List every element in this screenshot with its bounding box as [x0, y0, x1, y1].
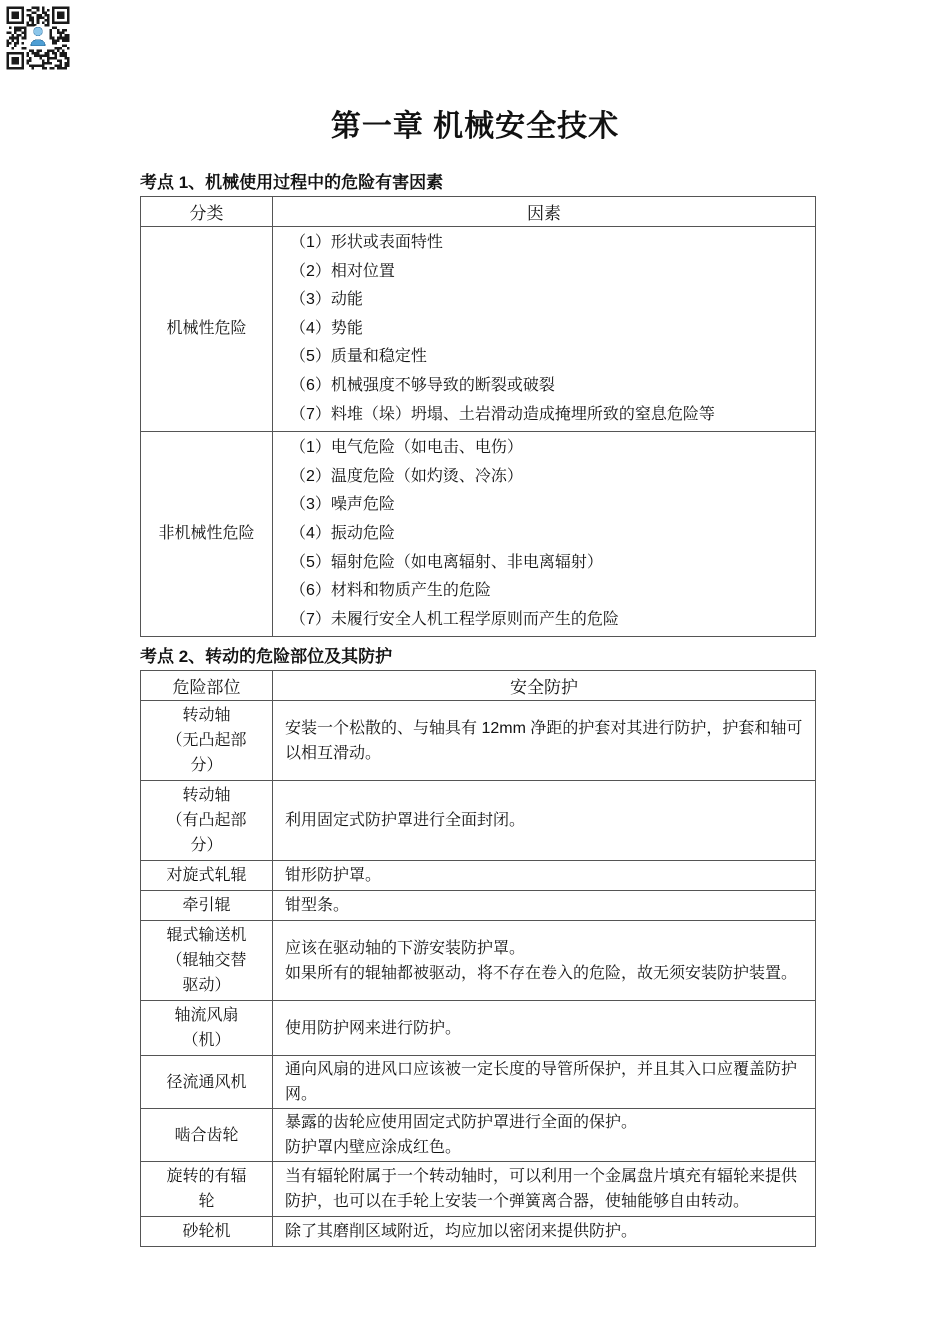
- hazard-factors-table: 分类 因素 机械性危险（1）形状或表面特性（2）相对位置（3）动能（4）势能（5…: [140, 196, 816, 637]
- table-row: 轴流风扇 （机）使用防护网来进行防护。: [141, 1001, 816, 1056]
- document-content: 考点 1、机械使用过程中的危险有害因素 分类 因素 机械性危险（1）形状或表面特…: [140, 172, 816, 1247]
- factor-item: （7）料堆（垛）坍塌、土岩滑动造成掩埋所致的窒息危险等: [290, 401, 807, 430]
- section2-heading: 考点 2、转动的危险部位及其防护: [140, 646, 816, 667]
- factor-item: （6）机械强度不够导致的断裂或破裂: [290, 372, 807, 401]
- part-cell: 转动轴 （有凸起部 分）: [141, 781, 273, 861]
- factor-item: （2）相对位置: [290, 258, 807, 287]
- part-cell: 牵引辊: [141, 891, 273, 921]
- protection-text: 钳形防护罩。: [285, 863, 805, 888]
- protection-text: 当有辐轮附属于一个转动轴时，可以利用一个金属盘片填充有辐轮来提供防护，也可以在手…: [285, 1164, 805, 1214]
- protection-cell: 除了其磨削区域附近，均应加以密闭来提供防护。: [273, 1217, 816, 1247]
- table-row: 机械性危险（1）形状或表面特性（2）相对位置（3）动能（4）势能（5）质量和稳定…: [141, 227, 816, 432]
- protection-text: 通向风扇的进风口应该被一定长度的导管所保护，并且其入口应覆盖防护网。: [285, 1057, 805, 1107]
- protection-cell: 钳形防护罩。: [273, 861, 816, 891]
- protection-text: 钳型条。: [285, 893, 805, 918]
- protection-text: 利用固定式防护罩进行全面封闭。: [285, 808, 805, 833]
- rotating-parts-table: 危险部位 安全防护 转动轴 （无凸起部 分）安装一个松散的、与轴具有 12mm …: [140, 670, 816, 1247]
- factors-cell: （1）电气危险（如电击、电伤）（2）温度危险（如灼烫、冷冻）（3）噪声危险（4）…: [273, 432, 816, 637]
- protection-text: 安装一个松散的、与轴具有 12mm 净距的护套对其进行防护，护套和轴可以相互滑动…: [285, 716, 805, 766]
- table-row: 转动轴 （无凸起部 分）安装一个松散的、与轴具有 12mm 净距的护套对其进行防…: [141, 701, 816, 781]
- protection-cell: 利用固定式防护罩进行全面封闭。: [273, 781, 816, 861]
- table-row: 牵引辊钳型条。: [141, 891, 816, 921]
- part-cell: 砂轮机: [141, 1217, 273, 1247]
- part-cell: 辊式输送机 （辊轴交替 驱动）: [141, 921, 273, 1001]
- factor-item: （3）噪声危险: [290, 491, 807, 520]
- protection-text: 如果所有的辊轴都被驱动，将不存在卷入的危险，故无须安装防护装置。: [285, 961, 805, 986]
- factor-item: （1）形状或表面特性: [290, 229, 807, 258]
- part-cell: 轴流风扇 （机）: [141, 1001, 273, 1056]
- factor-item: （4）势能: [290, 315, 807, 344]
- table-row: 啮合齿轮暴露的齿轮应使用固定式防护罩进行全面的保护。防护罩内壁应涂成红色。: [141, 1109, 816, 1162]
- protection-cell: 暴露的齿轮应使用固定式防护罩进行全面的保护。防护罩内壁应涂成红色。: [273, 1109, 816, 1162]
- table-row: 辊式输送机 （辊轴交替 驱动）应该在驱动轴的下游安装防护罩。如果所有的辊轴都被驱…: [141, 921, 816, 1001]
- column-header-part: 危险部位: [141, 671, 273, 701]
- column-header-factors: 因素: [273, 197, 816, 227]
- protection-cell: 应该在驱动轴的下游安装防护罩。如果所有的辊轴都被驱动，将不存在卷入的危险，故无须…: [273, 921, 816, 1001]
- part-cell: 对旋式轧辊: [141, 861, 273, 891]
- protection-text: 使用防护网来进行防护。: [285, 1016, 805, 1041]
- table-row: 旋转的有辐 轮当有辐轮附属于一个转动轴时，可以利用一个金属盘片填充有辐轮来提供防…: [141, 1162, 816, 1217]
- category-cell: 非机械性危险: [141, 432, 273, 637]
- qr-code: [4, 4, 72, 72]
- factor-item: （2）温度危险（如灼烫、冷冻）: [290, 463, 807, 492]
- protection-text: 除了其磨削区域附近，均应加以密闭来提供防护。: [285, 1219, 805, 1244]
- protection-cell: 钳型条。: [273, 891, 816, 921]
- page-title: 第一章 机械安全技术: [0, 101, 950, 145]
- protection-cell: 使用防护网来进行防护。: [273, 1001, 816, 1056]
- factor-item: （7）未履行安全人机工程学原则而产生的危险: [290, 606, 807, 635]
- column-header-protection: 安全防护: [273, 671, 816, 701]
- protection-text: 暴露的齿轮应使用固定式防护罩进行全面的保护。: [285, 1110, 805, 1135]
- protection-cell: 当有辐轮附属于一个转动轴时，可以利用一个金属盘片填充有辐轮来提供防护，也可以在手…: [273, 1162, 816, 1217]
- table-row: 非机械性危险（1）电气危险（如电击、电伤）（2）温度危险（如灼烫、冷冻）（3）噪…: [141, 432, 816, 637]
- factor-item: （3）动能: [290, 286, 807, 315]
- section1-heading: 考点 1、机械使用过程中的危险有害因素: [140, 172, 816, 193]
- protection-cell: 通向风扇的进风口应该被一定长度的导管所保护，并且其入口应覆盖防护网。: [273, 1056, 816, 1109]
- table-header-row: 危险部位 安全防护: [141, 671, 816, 701]
- factors-cell: （1）形状或表面特性（2）相对位置（3）动能（4）势能（5）质量和稳定性（6）机…: [273, 227, 816, 432]
- factor-item: （5）辐射危险（如电离辐射、非电离辐射）: [290, 549, 807, 578]
- part-cell: 转动轴 （无凸起部 分）: [141, 701, 273, 781]
- part-cell: 啮合齿轮: [141, 1109, 273, 1162]
- part-cell: 径流通风机: [141, 1056, 273, 1109]
- qr-code-image: [4, 4, 72, 72]
- protection-cell: 安装一个松散的、与轴具有 12mm 净距的护套对其进行防护，护套和轴可以相互滑动…: [273, 701, 816, 781]
- category-cell: 机械性危险: [141, 227, 273, 432]
- table-header-row: 分类 因素: [141, 197, 816, 227]
- table-row: 径流通风机通向风扇的进风口应该被一定长度的导管所保护，并且其入口应覆盖防护网。: [141, 1056, 816, 1109]
- factor-item: （1）电气危险（如电击、电伤）: [290, 434, 807, 463]
- factor-item: （5）质量和稳定性: [290, 343, 807, 372]
- column-header-category: 分类: [141, 197, 273, 227]
- factor-item: （6）材料和物质产生的危险: [290, 577, 807, 606]
- protection-text: 应该在驱动轴的下游安装防护罩。: [285, 936, 805, 961]
- part-cell: 旋转的有辐 轮: [141, 1162, 273, 1217]
- table-row: 转动轴 （有凸起部 分）利用固定式防护罩进行全面封闭。: [141, 781, 816, 861]
- protection-text: 防护罩内壁应涂成红色。: [285, 1135, 805, 1160]
- factor-item: （4）振动危险: [290, 520, 807, 549]
- table-row: 砂轮机除了其磨削区域附近，均应加以密闭来提供防护。: [141, 1217, 816, 1247]
- table-row: 对旋式轧辊钳形防护罩。: [141, 861, 816, 891]
